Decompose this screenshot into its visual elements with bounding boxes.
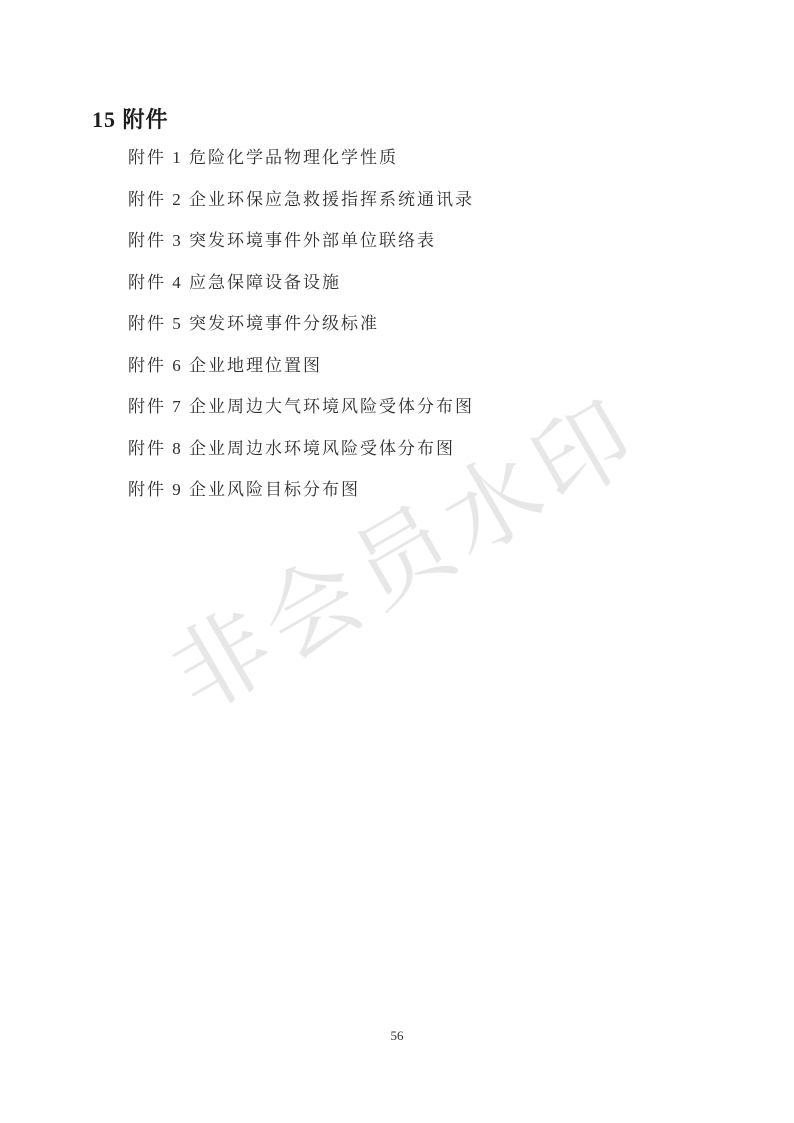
attachment-list: 附件 1 危险化学品物理化学性质 附件 2 企业环保应急救援指挥系统通讯录 附件…: [128, 149, 474, 523]
attachment-item: 附件 1 危险化学品物理化学性质: [128, 149, 474, 166]
attachment-item: 附件 3 突发环境事件外部单位联络表: [128, 232, 474, 249]
attachment-item: 附件 4 应急保障设备设施: [128, 274, 474, 291]
section-heading: 15 附件: [92, 103, 169, 134]
attachment-item: 附件 5 突发环境事件分级标准: [128, 315, 474, 332]
document-page: 非会员水印 15 附件 附件 1 危险化学品物理化学性质 附件 2 企业环保应急…: [0, 0, 794, 1123]
attachment-item: 附件 8 企业周边水环境风险受体分布图: [128, 440, 474, 457]
attachment-item: 附件 7 企业周边大气环境风险受体分布图: [128, 398, 474, 415]
attachment-item: 附件 9 企业风险目标分布图: [128, 481, 474, 498]
attachment-item: 附件 2 企业环保应急救援指挥系统通讯录: [128, 191, 474, 208]
page-number: 56: [0, 1028, 794, 1044]
attachment-item: 附件 6 企业地理位置图: [128, 357, 474, 374]
